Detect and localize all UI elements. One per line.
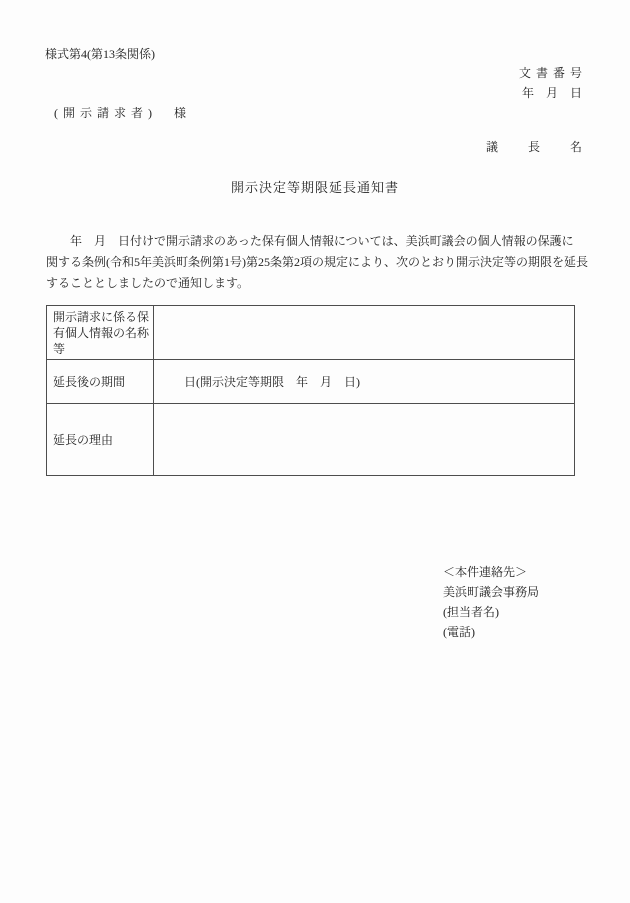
sender-name-line: 議 長 名 (486, 140, 584, 154)
table-row: 延長の理由 (47, 404, 575, 476)
contact-phone: (電話) (443, 622, 539, 642)
contact-heading: ＜本件連絡先＞ (443, 562, 539, 582)
addressee-line: (開示請求者) 様 (54, 106, 191, 120)
document-title: 開示決定等期限延長通知書 (0, 177, 630, 196)
document-number-label: 文 書 番 号 (519, 66, 583, 80)
table-row: 開示請求に係る保有個人情報の名称等 (47, 306, 575, 360)
row-label-cell: 開示請求に係る保有個人情報の名称等 (47, 306, 154, 360)
body-line-1: 年 月 日付けで開示請求のあった保有個人情報については、美浜町議会の個人情報の保… (46, 231, 586, 252)
row-label-cell: 延長後の期間 (47, 360, 154, 404)
body-line-2: 関する条例(令和5年美浜町条例第1号)第25条第2項の規定により、次のとおり開示… (46, 252, 586, 273)
row-value-cell (154, 404, 575, 476)
body-line-3: することとしましたので通知します。 (46, 273, 586, 294)
table-row: 延長後の期間 日(開示決定等期限 年 月 日) (47, 360, 575, 404)
row-label-cell: 延長の理由 (47, 404, 154, 476)
contact-block: ＜本件連絡先＞ 美浜町議会事務局 (担当者名) (電話) (443, 562, 539, 642)
contact-person: (担当者名) (443, 602, 539, 622)
body-paragraph: 年 月 日付けで開示請求のあった保有個人情報については、美浜町議会の個人情報の保… (46, 231, 586, 294)
row-value-cell: 日(開示決定等期限 年 月 日) (154, 360, 575, 404)
row-value-cell (154, 306, 575, 360)
form-number-label: 様式第4(第13条関係) (45, 47, 155, 61)
notice-table: 開示請求に係る保有個人情報の名称等 延長後の期間 日(開示決定等期限 年 月 日… (46, 305, 575, 476)
document-date-label: 年 月 日 (522, 86, 582, 100)
document-page: 様式第4(第13条関係) 文 書 番 号 年 月 日 (開示請求者) 様 議 長… (0, 0, 630, 903)
contact-organization: 美浜町議会事務局 (443, 582, 539, 602)
